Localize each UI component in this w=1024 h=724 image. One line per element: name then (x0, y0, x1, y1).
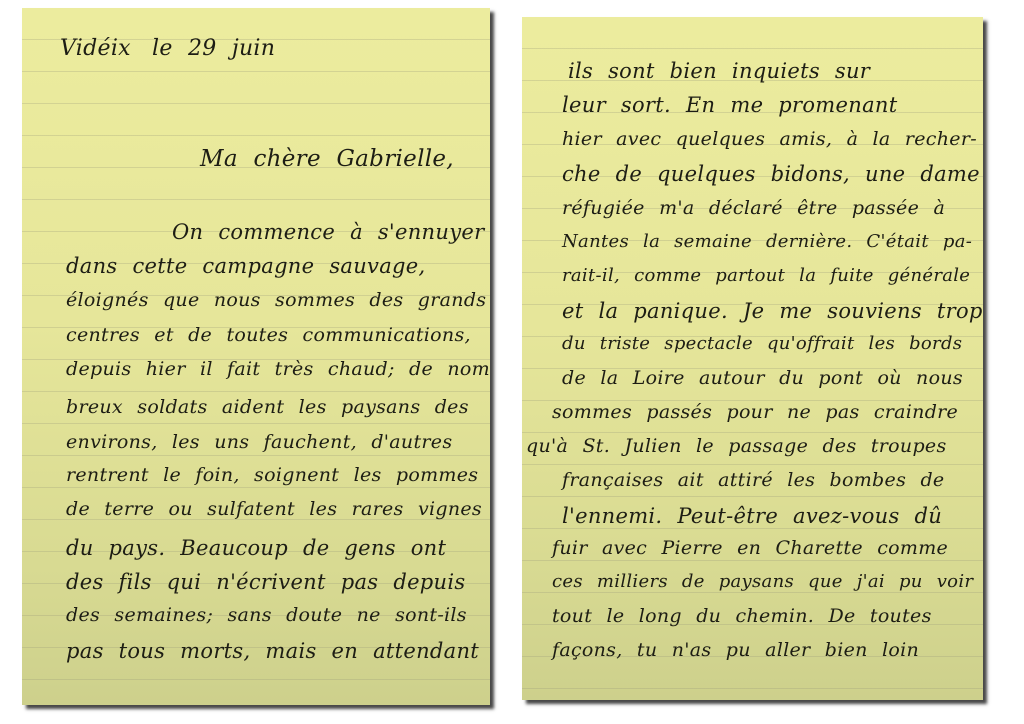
letter-date: le 29 juin (152, 36, 275, 61)
letter-line: depuis hier il fait très chaud; de nom- (66, 358, 490, 380)
letter-line: hier avec quelques amis, à la recher- (562, 128, 977, 150)
letter-line: dans cette campagne sauvage, (66, 254, 426, 278)
letter-line: Nantes la semaine dernière. C'était pa- (562, 231, 972, 252)
letter-line: et la panique. Je me souviens trop (562, 299, 983, 323)
letter-line: breux soldats aident les paysans des (66, 396, 469, 418)
letter-line: fuir avec Pierre en Charette comme (552, 537, 948, 559)
letter-line: centres et de toutes communications, (66, 324, 471, 346)
letter-line: ils sont bien inquiets sur (568, 59, 870, 83)
letter-line: de la Loire autour du pont où nous (562, 367, 963, 389)
letter-line: des fils qui n'écrivent pas depuis (66, 570, 465, 594)
letter-page-left: Vidéix le 29 juin Ma chère Gabrielle, On… (22, 8, 490, 705)
letter-line: che de quelques bidons, une dame (562, 162, 980, 186)
letter-line: réfugiée m'a déclaré être passée à (562, 197, 945, 219)
letter-line: du triste spectacle qu'offrait les bords (562, 333, 962, 354)
letter-line: façons, tu n'as pu aller bien loin (552, 639, 919, 661)
letter-line: de terre ou sulfatent les rares vignes (66, 498, 482, 520)
letter-line: éloignés que nous sommes des grands (66, 289, 486, 311)
letter-line: l'ennemi. Peut-être avez-vous dû (562, 504, 942, 528)
letter-line: tout le long du chemin. De toutes (552, 605, 932, 627)
letter-salutation: Ma chère Gabrielle, (200, 146, 454, 172)
letter-line: ces milliers de paysans que j'ai pu voir (552, 571, 973, 592)
letter-line: sommes passés pour ne pas craindre (552, 401, 958, 423)
letter-line: On commence à s'ennuyer (172, 220, 484, 244)
letter-page-right: ils sont bien inquiets sur leur sort. En… (522, 17, 983, 700)
letter-line: qu'à St. Julien le passage des troupes (526, 435, 947, 457)
letter-line: françaises ait attiré les bombes de (562, 469, 944, 491)
letter-line: des semaines; sans doute ne sont-ils (66, 604, 467, 626)
letter-place: Vidéix (60, 36, 131, 61)
letter-line: rait-il, comme partout la fuite générale (562, 265, 970, 286)
letter-line: leur sort. En me promenant (562, 93, 897, 117)
letter-line: rentrent le foin, soignent les pommes (66, 464, 478, 486)
letter-line: du pays. Beaucoup de gens ont (66, 536, 446, 560)
letter-line: environs, les uns fauchent, d'autres (66, 431, 452, 453)
letter-line: pas tous morts, mais en attendant (66, 639, 479, 663)
